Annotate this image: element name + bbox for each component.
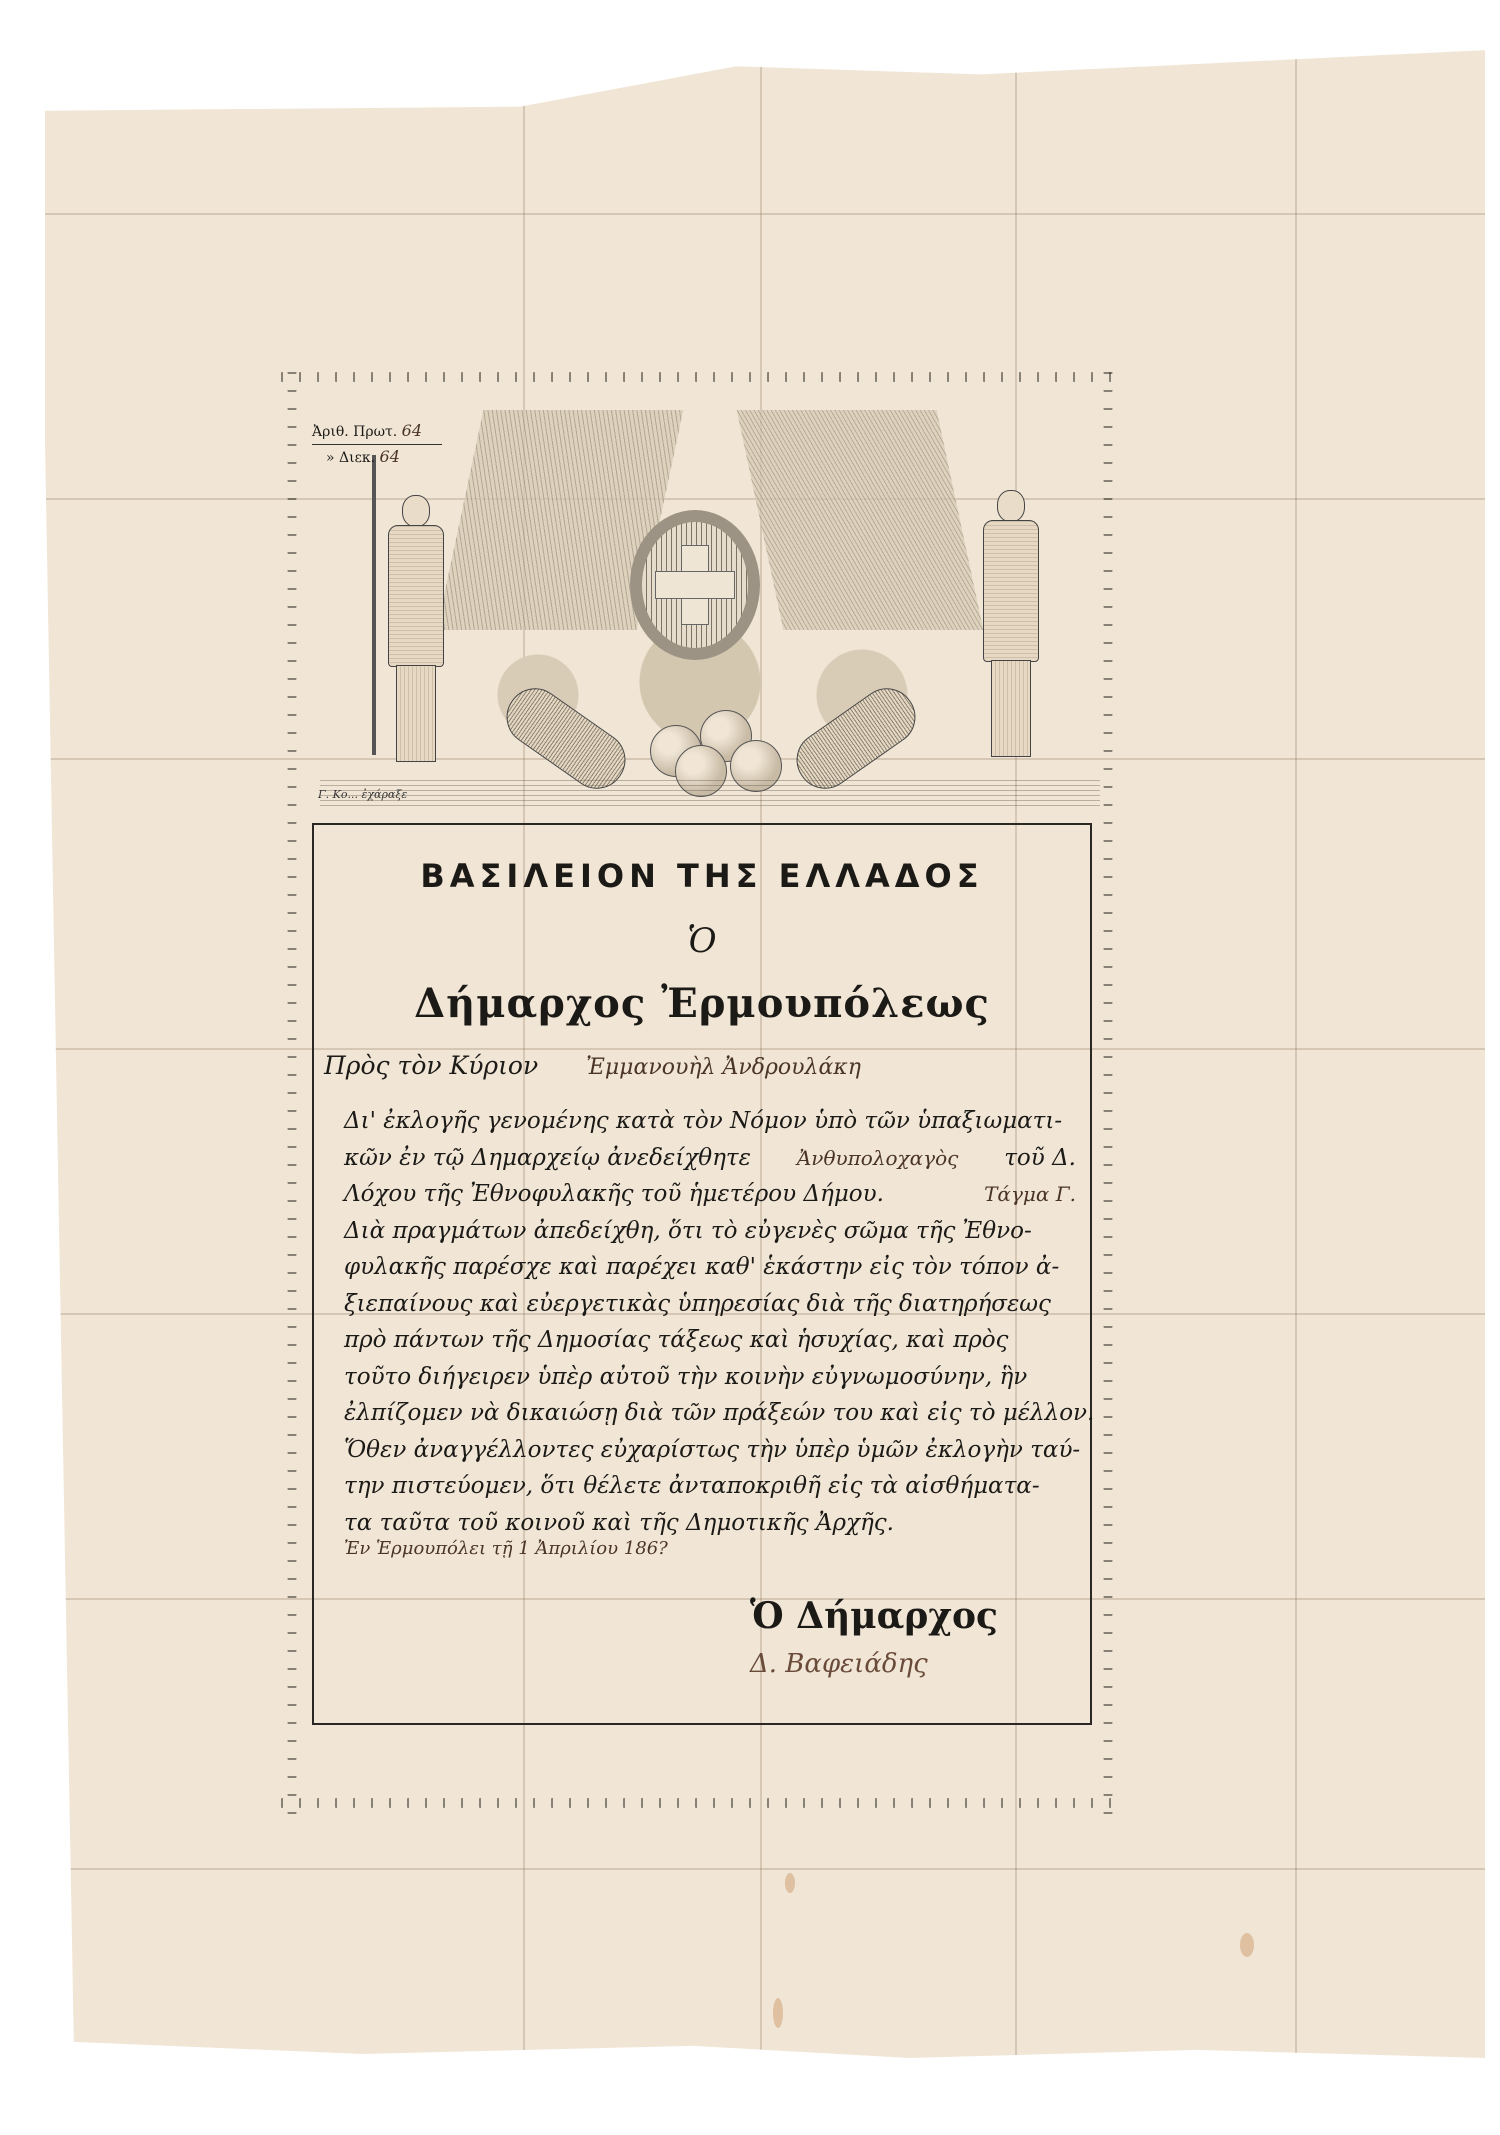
recipient-name: Ἐμμανουὴλ Ἀνδρουλάκη <box>586 1055 861 1080</box>
body-line: ξιεπαίνους καὶ εὐεργετικὰς ὑπηρεσίας διὰ… <box>344 1286 1076 1323</box>
dateline: Ἐν Ἑρμουπόλει τῇ 1 Ἀπριλίου 186? <box>344 1538 668 1559</box>
dispatch-label: Διεκ. <box>339 450 375 466</box>
salutation: Πρὸς τὸν Κύριον Ἐμμανουὴλ Ἀνδρουλάκη <box>324 1051 861 1080</box>
body-line: την πιστεύομεν, ὅτι θέλετε ἀνταποκριθῆ ε… <box>344 1468 1076 1505</box>
battalion-handwritten: Τάγμα Γ. <box>984 1176 1076 1213</box>
kingdom-heading: ΒΑΣΙΛΕΙΟΝ ΤΗΣ ΕΛΛΑΔΟΣ <box>314 857 1090 895</box>
salutation-printed: Πρὸς τὸν Κύριον <box>324 1051 538 1080</box>
body-line: Ὅθεν ἀναγγέλλοντες εὐχαρίστως τὴν ὑπὲρ ὑ… <box>344 1432 1076 1469</box>
body-line: τα ταῦτα τοῦ κοινοῦ καὶ τῆς Δημοτικῆς Ἀρ… <box>344 1505 1076 1542</box>
signatory-title: Ὁ Δήμαρχος <box>750 1595 998 1637</box>
fold-line <box>45 213 1485 215</box>
body-line: Διὰ πραγμάτων ἀπεδείχθη, ὅτι τὸ εὐγενὲς … <box>344 1213 1076 1250</box>
rank-handwritten: Ἀνθυπολοχαγὸς <box>797 1140 959 1177</box>
soldier-with-rifle-icon <box>380 495 450 765</box>
body-line: Λόχου τῆς Ἐθνοφυλακῆς τοῦ ἡμετέρου Δήμου… <box>344 1176 1076 1213</box>
foxing-stain <box>1240 1933 1254 1957</box>
ditto-mark: » <box>326 450 335 466</box>
flags-right-icon <box>737 410 984 630</box>
body-line: φυλακῆς παρέσχε καὶ παρέχει καθ' ἑκάστην… <box>344 1249 1076 1286</box>
body-line: Δι' ἐκλογῆς γενομένης κατὰ τὸν Νόμον ὑπὸ… <box>344 1103 1076 1140</box>
foxing-stain <box>773 1998 783 2028</box>
laurel-border-bottom <box>275 1786 1125 1820</box>
certificate-body: Δι' ἐκλογῆς γενομένης κατὰ τὸν Νόμον ὑπὸ… <box>344 1103 1076 1541</box>
ground-hatching <box>320 780 1100 810</box>
greek-cross-shield-icon <box>630 510 760 660</box>
article-word: Ὁ <box>314 921 1090 961</box>
protocol-number: 64 <box>402 421 422 440</box>
foxing-stain <box>785 1873 795 1893</box>
laurel-border-left <box>275 360 309 1820</box>
engraver-credit: Γ. Κο... ἐχάραξε <box>318 788 407 801</box>
body-line: πρὸ πάντων τῆς Δημοσίας τάξεως καὶ ἡσυχί… <box>344 1322 1076 1359</box>
body-line: κῶν ἐν τῷ Δημαρχείῳ ἀνεδείχθητε Ἀνθυπολο… <box>344 1140 1076 1177</box>
fold-line <box>45 1868 1485 1870</box>
mayor-heading: Δήμαρχος Ἐρμουπόλεως <box>314 980 1090 1027</box>
mayor-signature: Δ. Βαφειάδης <box>750 1649 928 1679</box>
reference-numbers: Ἀριθ. Πρωτ. 64 » Διεκ. 64 <box>312 420 442 469</box>
protocol-label: Ἀριθ. Πρωτ. <box>312 424 397 440</box>
text-panel: ΒΑΣΙΛΕΙΟΝ ΤΗΣ ΕΛΛΑΔΟΣ Ὁ Δήμαρχος Ἐρμουπό… <box>312 823 1092 1725</box>
officer-with-sword-icon <box>975 490 1045 760</box>
body-line: τοῦτο διήγειρεν ὑπὲρ αὐτοῦ τὴν κοινὴν εὐ… <box>344 1359 1076 1396</box>
dispatch-number: 64 <box>380 447 400 466</box>
body-line: ἐλπίζομεν νὰ δικαιώσῃ διὰ τῶν πράξεών το… <box>344 1395 1076 1432</box>
